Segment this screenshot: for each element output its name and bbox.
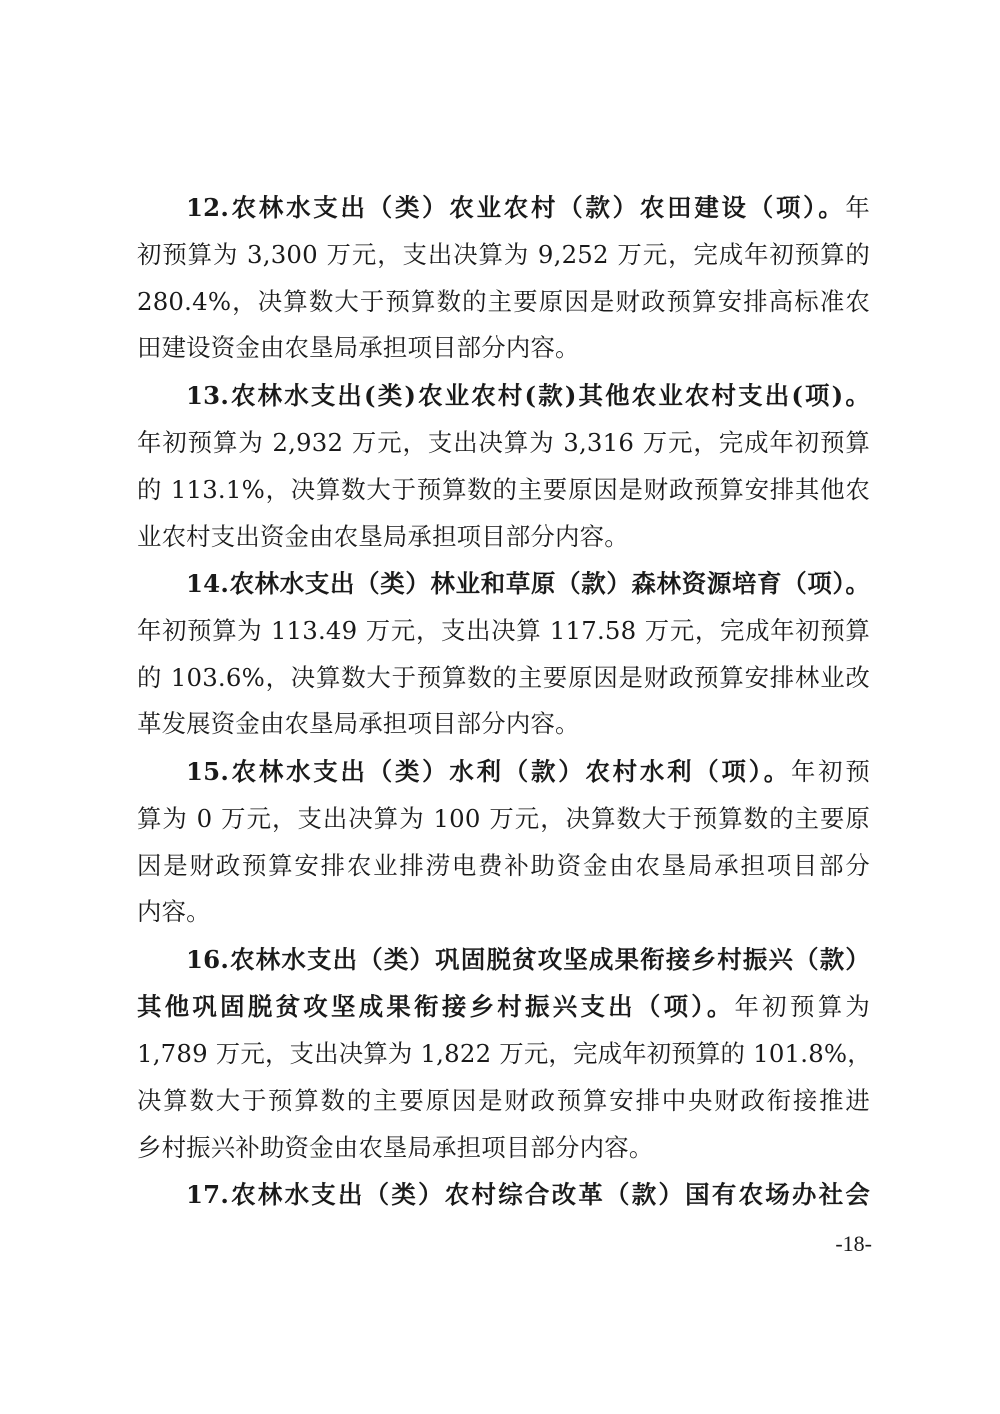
section-16-heading-line-1: 16.农林水支出（类）巩固脱贫攻坚成果衔接乡村振兴（款） [186,940,870,980]
section-17-heading: 17.农林水支出（类）农村综合改革（款）国有农场办社会 [186,1175,870,1215]
section-16-line-3: 1,789 万元，支出决算为 1,822 万元，完成年初预算的 101.8%， [137,1034,870,1074]
document-page: 12.农林水支出（类）农业农村（款）农田建设（项）。年 初预算为 3,300 万… [0,0,1000,1414]
section-12-heading: 12.农林水支出（类）农业农村（款）农田建设（项）。 [186,193,845,222]
section-14-line-3: 的 103.6%，决算数大于预算数的主要原因是财政预算安排林业改 [137,658,870,698]
section-16-line-2: 其他巩固脱贫攻坚成果衔接乡村振兴支出（项）。年初预算为 [137,987,870,1027]
section-13-line-2: 年初预算为 2,932 万元，支出决算为 3,316 万元，完成年初预算 [137,423,870,463]
section-14-line-4: 革发展资金由农垦局承担项目部分内容。 [137,704,870,744]
section-15-line-4: 内容。 [137,892,870,932]
section-14-heading: 14.农林水支出（类）林业和草原（款）森林资源培育（项）。 [186,564,870,604]
section-13-heading: 13.农林水支出(类)农业农村(款)其他农业农村支出(项)。 [186,376,870,416]
section-15-line-2: 算为 0 万元，支出决算为 100 万元，决算数大于预算数的主要原 [137,799,870,839]
section-16-line-4: 决算数大于预算数的主要原因是财政预算安排中央财政衔接推进 [137,1081,870,1121]
page-number: -18- [835,1226,872,1262]
section-15-heading: 15.农林水支出（类）水利（款）农村水利（项）。 [186,757,791,786]
section-15-heading-rest: 年初预 [791,757,870,786]
section-16-heading-rest: 年初预算为 [735,992,870,1021]
section-12-heading-rest: 年 [845,193,870,222]
section-13-line-4: 业农村支出资金由农垦局承担项目部分内容。 [137,517,870,557]
section-14-line-2: 年初预算为 113.49 万元，支出决算 117.58 万元，完成年初预算 [137,611,870,651]
section-12-line-1: 12.农林水支出（类）农业农村（款）农田建设（项）。年 [186,188,870,228]
section-12-line-2: 初预算为 3,300 万元，支出决算为 9,252 万元，完成年初预算的 [137,235,870,275]
section-13-line-3: 的 113.1%，决算数大于预算数的主要原因是财政预算安排其他农 [137,470,870,510]
section-12-line-3: 280.4%，决算数大于预算数的主要原因是财政预算安排高标准农 [137,282,870,322]
section-15-line-3: 因是财政预算安排农业排涝电费补助资金由农垦局承担项目部分 [137,846,870,886]
section-16-heading-line-2: 其他巩固脱贫攻坚成果衔接乡村振兴支出（项）。 [137,992,735,1021]
section-15-line-1: 15.农林水支出（类）水利（款）农村水利（项）。年初预 [186,752,870,792]
section-16-line-5: 乡村振兴补助资金由农垦局承担项目部分内容。 [137,1128,870,1168]
section-12-line-4: 田建设资金由农垦局承担项目部分内容。 [137,328,870,368]
